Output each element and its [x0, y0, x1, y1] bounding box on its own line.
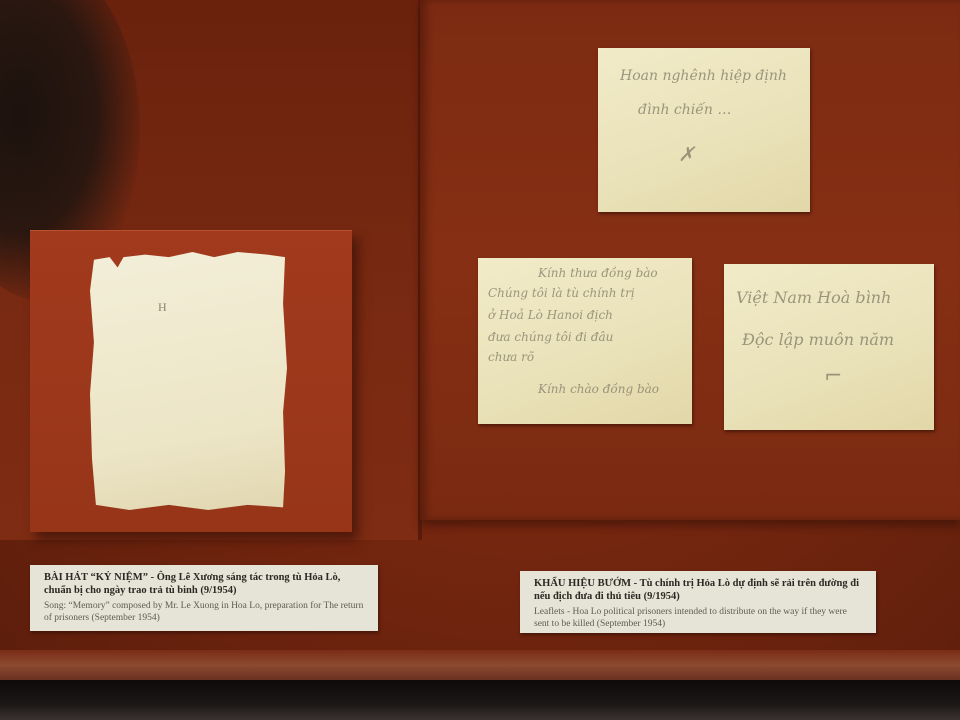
song-caption-vietnamese: BÀI HÁT “KỶ NIỆM” - Ông Lê Xương sáng tá… [44, 571, 366, 597]
pencil-mark: H [158, 300, 167, 315]
leaflet-2-line-6: Kính chào đồng bào [538, 382, 659, 396]
leaflet-1-mark: ✗ [678, 142, 695, 166]
leaflet-1-line-1: Hoan nghênh hiệp định [620, 68, 787, 84]
song-caption-label: BÀI HÁT “KỶ NIỆM” - Ông Lê Xương sáng tá… [30, 565, 378, 631]
case-base-shadow [0, 680, 960, 720]
leaflets-caption-english: Leaflets - Hoa Lo political prisoners in… [534, 606, 864, 630]
leaflets-caption-vietnamese: KHẨU HIỆU BƯỚM - Tù chính trị Hỏa Lò dự … [534, 577, 864, 603]
song-caption-english: Song: “Memory” composed by Mr. Le Xuong … [44, 600, 366, 624]
leaflet-2-line-3: ở Hoả Lò Hanoi địch [488, 308, 613, 322]
leaflet-3-mark: ⌐ [824, 364, 842, 389]
leaflet-3-line-2: Độc lập muôn năm [742, 330, 894, 349]
leaflet-1: Hoan nghênh hiệp định đình chiến … ✗ [598, 48, 810, 212]
leaflet-1-line-2: đình chiến … [638, 102, 731, 118]
leaflet-2-line-2: Chúng tôi là tù chính trị [488, 286, 635, 300]
song-sheet-artifact: H [90, 252, 287, 510]
leaflet-2-line-5: chưa rõ [488, 350, 534, 364]
leaflets-caption-label: KHẨU HIỆU BƯỚM - Tù chính trị Hỏa Lò dự … [520, 571, 876, 633]
leaflet-2-line-4: đưa chúng tôi đi đâu [488, 330, 613, 344]
leaflet-2: Kính thưa đồng bào Chúng tôi là tù chính… [478, 258, 692, 424]
leaflet-3-line-1: Việt Nam Hoà bình [736, 288, 891, 307]
leaflet-3: Việt Nam Hoà bình Độc lập muôn năm ⌐ [724, 264, 934, 430]
display-ledge [0, 650, 960, 680]
leaflet-2-line-1: Kính thưa đồng bào [538, 266, 658, 280]
